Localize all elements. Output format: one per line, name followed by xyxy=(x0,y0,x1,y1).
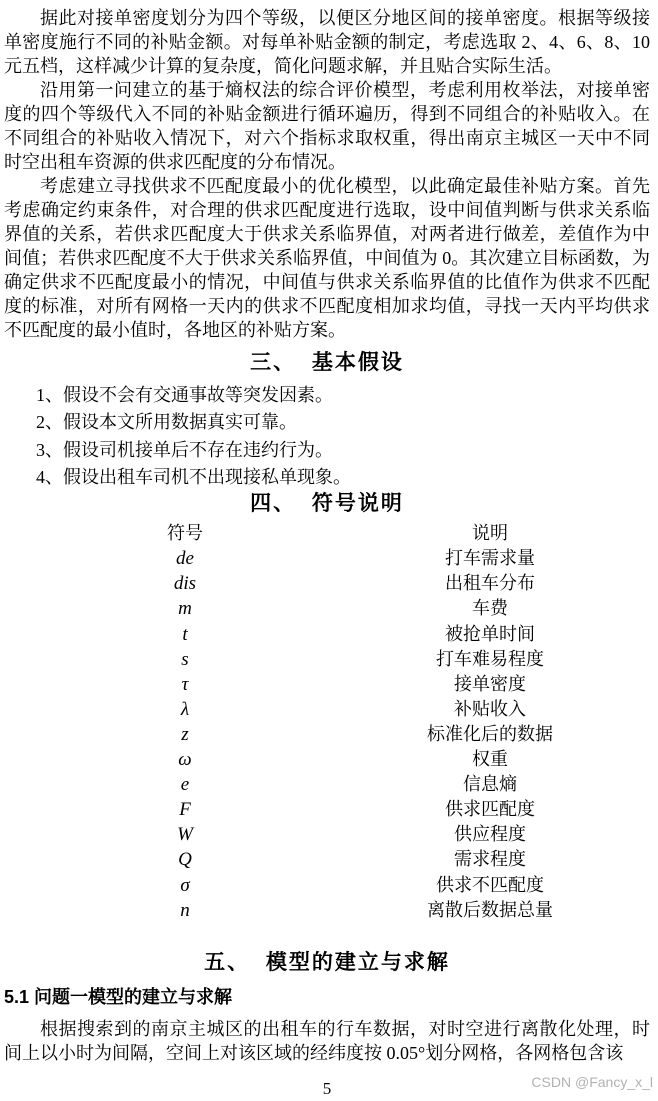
symbol-cell: s xyxy=(4,647,366,672)
table-row: t 被抢单时间 xyxy=(4,622,650,647)
section-title-model-building: 五、 模型的建立与求解 xyxy=(4,949,650,977)
description-cell: 供应程度 xyxy=(366,822,614,847)
symbol-table-header-row: 符号 说明 xyxy=(4,521,650,546)
description-cell: 打车需求量 xyxy=(366,546,614,571)
symbol-cell: dis xyxy=(4,571,366,596)
assumptions-list: 1、假设不会有交通事故等突发因素。 2、假设本文所用数据真实可靠。 3、假设司机… xyxy=(4,382,650,491)
table-row: λ 补贴收入 xyxy=(4,697,650,722)
symbol-cell: ω xyxy=(4,747,366,772)
assumption-item-1: 1、假设不会有交通事故等突发因素。 xyxy=(36,382,650,409)
page-content: 据此对接单密度划分为四个等级，以便区分地区间的接单密度。根据等级接单密度施行不同… xyxy=(0,0,658,1099)
table-row: Q 需求程度 xyxy=(4,847,650,872)
symbol-cell: τ xyxy=(4,672,366,697)
symbol-cell: t xyxy=(4,622,366,647)
symbol-cell: e xyxy=(4,772,366,797)
symbol-table: 符号 说明 de 打车需求量 dis 出租车分布 m 车费 t 被抢单时间 s … xyxy=(4,521,650,923)
symbol-cell: λ xyxy=(4,697,366,722)
paragraph-subsidy-levels: 据此对接单密度划分为四个等级，以便区分地区间的接单密度。根据等级接单密度施行不同… xyxy=(4,6,650,78)
table-row: de 打车需求量 xyxy=(4,546,650,571)
assumption-item-4: 4、假设出租车司机不出现接私单现象。 xyxy=(36,464,650,491)
description-cell: 标准化后的数据 xyxy=(366,722,614,747)
table-row: n 离散后数据总量 xyxy=(4,898,650,923)
symbol-cell: n xyxy=(4,898,366,923)
description-cell: 需求程度 xyxy=(366,847,614,872)
paper-page: 据此对接单密度划分为四个等级，以便区分地区间的接单密度。根据等级接单密度施行不同… xyxy=(0,0,658,1101)
description-cell: 车费 xyxy=(366,596,614,621)
table-row: σ 供求不匹配度 xyxy=(4,873,650,898)
section-title-symbol-description: 四、 符号说明 xyxy=(4,491,650,517)
description-cell: 补贴收入 xyxy=(366,697,614,722)
paragraph-grid-discretization: 根据搜索到的南京主城区的出租车的行车数据，对时空进行离散化处理，时间上以小时为间… xyxy=(4,1017,650,1065)
table-row: τ 接单密度 xyxy=(4,672,650,697)
table-row: W 供应程度 xyxy=(4,822,650,847)
description-cell: 信息熵 xyxy=(366,772,614,797)
symbol-cell: z xyxy=(4,722,366,747)
subsection-title-problem-one: 5.1 问题一模型的建立与求解 xyxy=(4,985,650,1009)
table-row: m 车费 xyxy=(4,596,650,621)
description-cell: 接单密度 xyxy=(366,672,614,697)
paragraph-optimization-model: 考虑建立寻找供求不匹配度最小的优化模型，以此确定最佳补贴方案。首先考虑确定约束条… xyxy=(4,174,650,342)
section-title-basic-assumptions: 三、 基本假设 xyxy=(4,350,650,376)
description-cell: 出租车分布 xyxy=(366,571,614,596)
description-cell: 打车难易程度 xyxy=(366,647,614,672)
symbol-cell: de xyxy=(4,546,366,571)
description-cell: 权重 xyxy=(366,747,614,772)
table-row: F 供求匹配度 xyxy=(4,797,650,822)
table-row: e 信息熵 xyxy=(4,772,650,797)
symbol-cell: F xyxy=(4,797,366,822)
description-column-header: 说明 xyxy=(366,521,614,546)
assumption-item-2: 2、假设本文所用数据真实可靠。 xyxy=(36,409,650,436)
table-row: z 标准化后的数据 xyxy=(4,722,650,747)
assumption-item-3: 3、假设司机接单后不存在违约行为。 xyxy=(36,437,650,464)
paragraph-entropy-model: 沿用第一问建立的基于熵权法的综合评价模型，考虑利用枚举法，对接单密度的四个等级代… xyxy=(4,78,650,174)
table-row: s 打车难易程度 xyxy=(4,647,650,672)
symbol-cell: m xyxy=(4,596,366,621)
table-row: dis 出租车分布 xyxy=(4,571,650,596)
description-cell: 被抢单时间 xyxy=(366,622,614,647)
symbol-cell: Q xyxy=(4,847,366,872)
description-cell: 供求不匹配度 xyxy=(366,873,614,898)
symbol-cell: σ xyxy=(4,873,366,898)
description-cell: 供求匹配度 xyxy=(366,797,614,822)
description-cell: 离散后数据总量 xyxy=(366,898,614,923)
symbol-cell: W xyxy=(4,822,366,847)
symbol-column-header: 符号 xyxy=(4,521,366,546)
table-row: ω 权重 xyxy=(4,747,650,772)
csdn-watermark: CSDN @Fancy_x_l xyxy=(531,1074,653,1090)
